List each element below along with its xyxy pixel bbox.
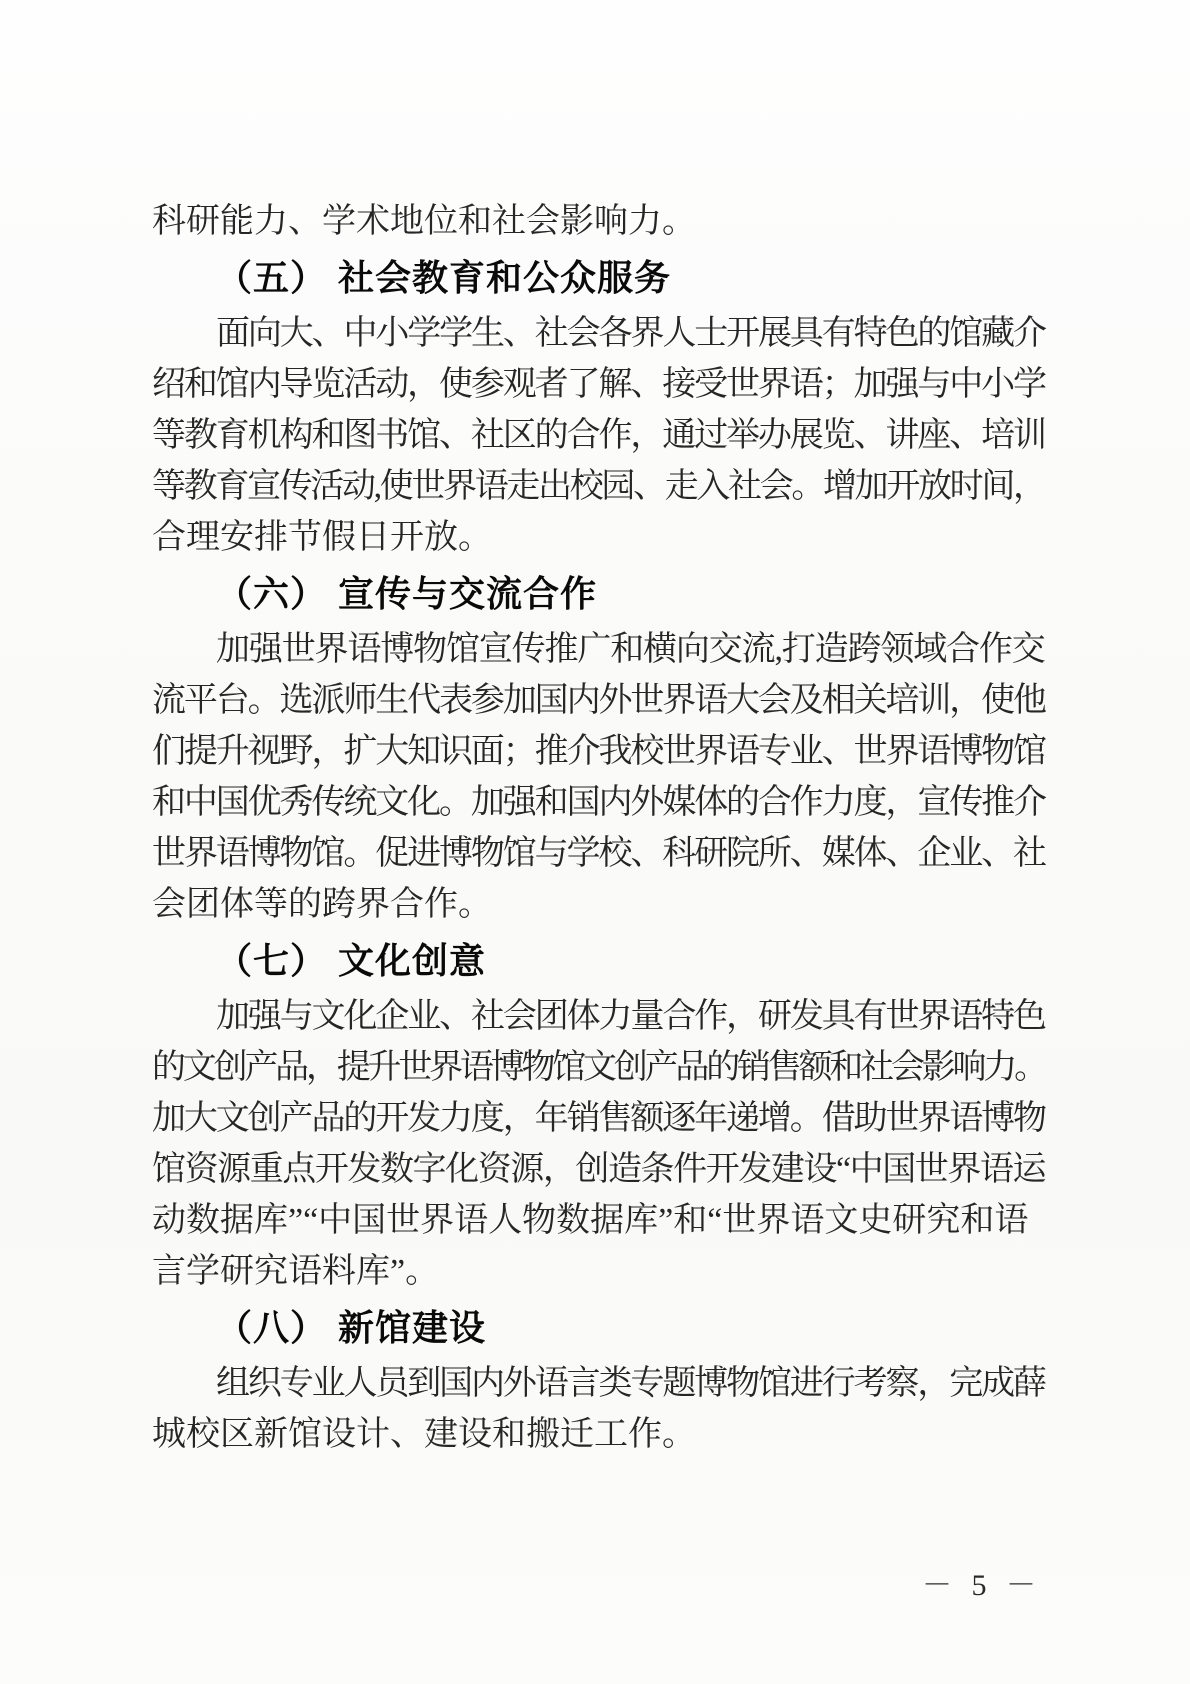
text-line: 绍和馆内导览活动，使参观者了解、接受世界语；加强与中小学: [152, 359, 1045, 410]
text-line: 面向大、中小学学生、社会各界人士开展具有特色的馆藏介: [152, 308, 1045, 359]
text-line: 和中国优秀传统文化。加强和国内外媒体的合作力度，宣传推介: [152, 777, 1045, 828]
section-heading: （五） 社会教育和公众服务: [152, 252, 1045, 303]
text-line: 加强与文化企业、社会团体力量合作，研发具有世界语特色: [152, 991, 1045, 1042]
text-line: 动数据库”“中国世界语人物数据库”和“世界语文史研究和语: [152, 1195, 1045, 1246]
text-line: 科研能力、学术地位和社会影响力。: [152, 196, 1045, 247]
text-line: 组织专业人员到国内外语言类专题博物馆进行考察，完成薛: [152, 1358, 1045, 1409]
text-line: 的文创产品，提升世界语博物馆文创产品的销售额和社会影响力。: [152, 1042, 1045, 1093]
paragraph: 面向大、中小学学生、社会各界人士开展具有特色的馆藏介绍和馆内导览活动，使参观者了…: [152, 308, 1045, 563]
text-line: 加大文创产品的开发力度，年销售额逐年递增。借助世界语博物: [152, 1093, 1045, 1144]
text-line: 流平台。选派师生代表参加国内外世界语大会及相关培训，使他: [152, 675, 1045, 726]
text-line: 等教育宣传活动,使世界语走出校园、走入社会。增加开放时间，: [152, 461, 1045, 512]
text-line: 会团体等的跨界合作。: [152, 879, 1045, 930]
paragraph: 加强世界语博物馆宣传推广和横向交流,打造跨领域合作交流平台。选派师生代表参加国内…: [152, 624, 1045, 930]
document-page: 科研能力、学术地位和社会影响力。（五） 社会教育和公众服务面向大、中小学学生、社…: [0, 0, 1190, 1684]
text-line: 等教育机构和图书馆、社区的合作，通过举办展览、讲座、培训: [152, 410, 1045, 461]
text-line: 合理安排节假日开放。: [152, 512, 1045, 563]
text-line: 世界语博物馆。促进博物馆与学校、科研院所、媒体、企业、社: [152, 828, 1045, 879]
text-line: 加强世界语博物馆宣传推广和横向交流,打造跨领域合作交: [152, 624, 1045, 675]
section-heading: （七） 文化创意: [152, 935, 1045, 986]
section-heading: （八） 新馆建设: [152, 1302, 1045, 1353]
document-body: 科研能力、学术地位和社会影响力。（五） 社会教育和公众服务面向大、中小学学生、社…: [152, 196, 1045, 1460]
paragraph: 加强与文化企业、社会团体力量合作，研发具有世界语特色的文创产品，提升世界语博物馆…: [152, 991, 1045, 1297]
text-line: 馆资源重点开发数字化资源，创造条件开发建设“中国世界语运: [152, 1144, 1045, 1195]
text-line: 城校区新馆设计、建设和搬迁工作。: [152, 1409, 1045, 1460]
page-number: － 5 －: [922, 1560, 1042, 1604]
text-line: 言学研究语料库”。: [152, 1246, 1045, 1297]
paragraph-continuation: 科研能力、学术地位和社会影响力。: [152, 196, 1045, 247]
text-line: 们提升视野，扩大知识面；推介我校世界语专业、世界语博物馆: [152, 726, 1045, 777]
section-heading: （六） 宣传与交流合作: [152, 568, 1045, 619]
paragraph: 组织专业人员到国内外语言类专题博物馆进行考察，完成薛城校区新馆设计、建设和搬迁工…: [152, 1358, 1045, 1460]
